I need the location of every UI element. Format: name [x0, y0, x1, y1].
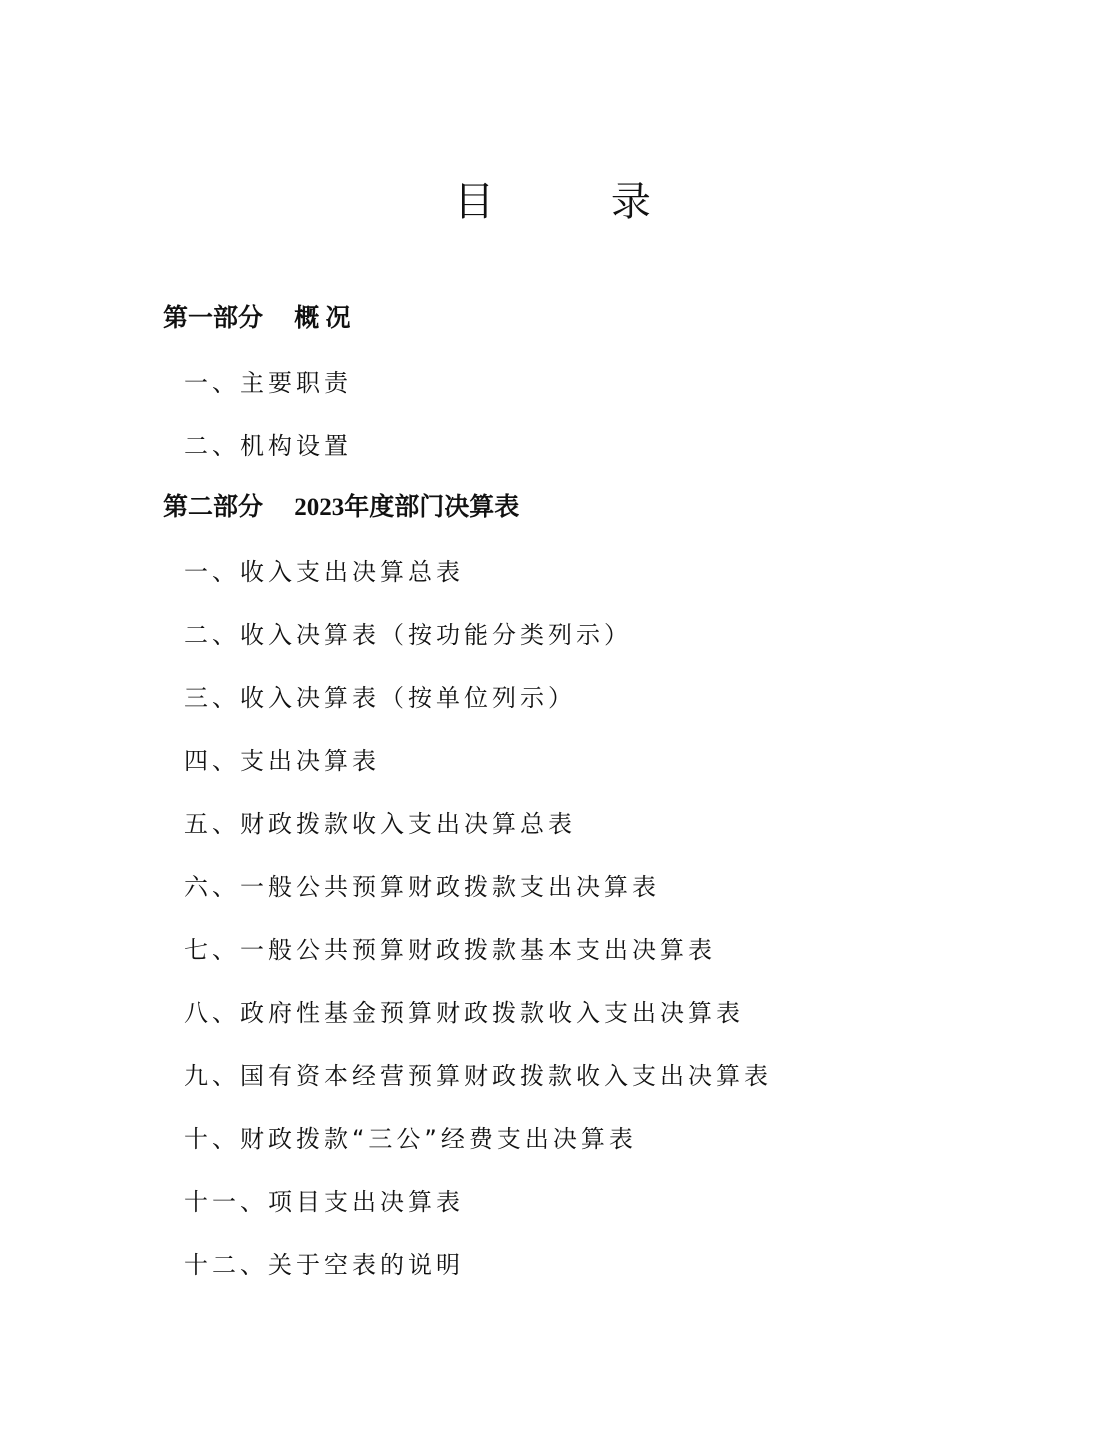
toc-item-organization[interactable]: 二、机构设置: [184, 426, 352, 461]
page-title: 目 录: [0, 170, 1105, 227]
toc-item-7[interactable]: 七、一般公共预算财政拨款基本支出决算表: [184, 930, 716, 965]
toc-item-8[interactable]: 八、政府性基金预算财政拨款收入支出决算表: [184, 993, 744, 1028]
toc-part-1[interactable]: 第一部分 概 况: [163, 298, 351, 334]
toc-item-9[interactable]: 九、国有资本经营预算财政拨款收入支出决算表: [184, 1056, 772, 1091]
toc-part-2[interactable]: 第二部分 2023年度部门决算表: [163, 487, 519, 523]
toc-item-4[interactable]: 四、支出决算表: [184, 741, 380, 776]
toc-item-main-duties[interactable]: 一、主要职责: [184, 363, 352, 398]
toc-item-5[interactable]: 五、财政拨款收入支出决算总表: [184, 804, 576, 839]
toc-item-12[interactable]: 十二、关于空表的说明: [184, 1245, 464, 1280]
toc-item-6[interactable]: 六、一般公共预算财政拨款支出决算表: [184, 867, 660, 902]
toc-item-3[interactable]: 三、收入决算表（按单位列示）: [184, 678, 576, 713]
toc-item-11[interactable]: 十一、项目支出决算表: [184, 1182, 464, 1217]
toc-item-2[interactable]: 二、收入决算表（按功能分类列示）: [184, 615, 632, 650]
toc-item-10[interactable]: 十、财政拨款“三公”经费支出决算表: [184, 1119, 637, 1154]
toc-item-1[interactable]: 一、收入支出决算总表: [184, 552, 464, 587]
